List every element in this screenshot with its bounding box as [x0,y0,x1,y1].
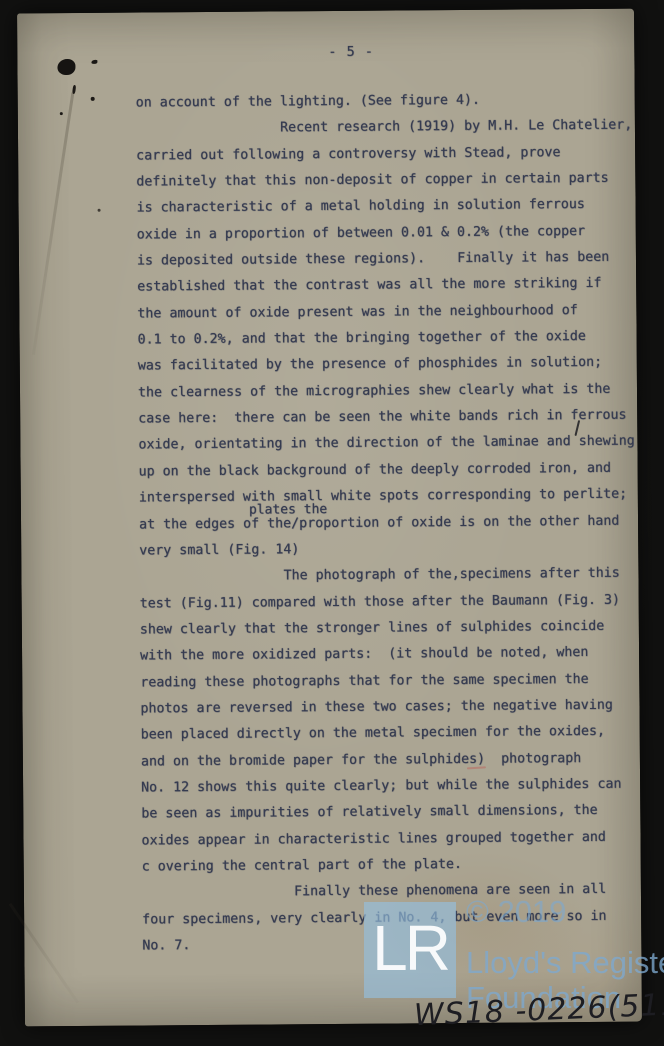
typed-line: The photograph of the,specimens after th… [139,561,636,591]
typed-line: shew clearly that the stronger lines of … [140,613,637,643]
typed-line: the clearness of the micrographies shew … [138,376,635,406]
typed-line: was facilitated by the presence of phosp… [138,350,635,380]
paper-crease [9,903,79,1004]
typed-line: and on the bromide paper for the sulphid… [141,745,638,775]
typed-line: is deposited outside these regions). Fin… [137,245,634,275]
typed-line: carried out following a controversy with… [136,139,633,169]
page-number: - 5 - [328,44,374,60]
typed-line: 0.1 to 0.2%, and that the bringing toget… [138,324,635,354]
typed-line: photos are reversed in these two cases; … [140,692,637,722]
typed-line: oxide, orientating in the direction of t… [138,429,635,459]
typed-line: up on the black background of the deeply… [139,455,636,485]
typed-line: case here: there can be seen the white b… [138,403,635,433]
typed-line: interspersed with small white spots corr… [139,482,636,512]
typed-line: on account of the lighting. (See figure … [136,87,633,117]
ink-speck [91,97,95,101]
typed-line: Recent research (1919) by M.H. Le Chatel… [136,113,633,143]
logo-letters: LR [372,916,448,984]
ink-speck [98,209,101,212]
lloyds-register-logo: LR [364,902,456,998]
typed-line: established that the contrast was all th… [137,271,634,301]
copyright-watermark: © 2019 [466,894,566,930]
typed-insertion: plates the [249,502,327,518]
org-name-line: Lloyd's Register [466,945,664,980]
scan-background: - 5 - on account of the lighting. (See f… [0,0,664,1046]
typed-line: be seen as impurities of relatively smal… [141,798,638,828]
typed-line: c overing the central part of the plate. [142,851,639,881]
typed-line: at the edges of the/proportion of oxide … [139,508,636,538]
typed-line: test (Fig.11) compared with those after … [140,587,637,617]
ink-speck [60,112,63,115]
typed-line: the amount of oxide present was in the n… [137,297,634,327]
typed-line: with the more oxidized parts: (it should… [140,640,637,670]
typed-line: very small (Fig. 14) [139,534,636,564]
typed-line: oxide in a proportion of between 0.01 & … [137,218,634,248]
typed-line: been placed directly on the metal specim… [141,719,638,749]
paper-crease [32,92,74,355]
ink-blob [57,59,75,75]
typed-text-body: on account of the lighting. (See figure … [136,87,639,960]
typed-line: definitely that this non-deposit of copp… [136,166,633,196]
typed-line: No. 12 shows this quite clearly; but whi… [141,772,638,802]
document-page: - 5 - on account of the lighting. (See f… [17,9,642,1027]
typed-line: reading these photographs that for the s… [140,666,637,696]
typed-line: is characteristic of a metal holding in … [136,192,633,222]
typed-line: oxides appear in characteristic lines gr… [141,824,638,854]
